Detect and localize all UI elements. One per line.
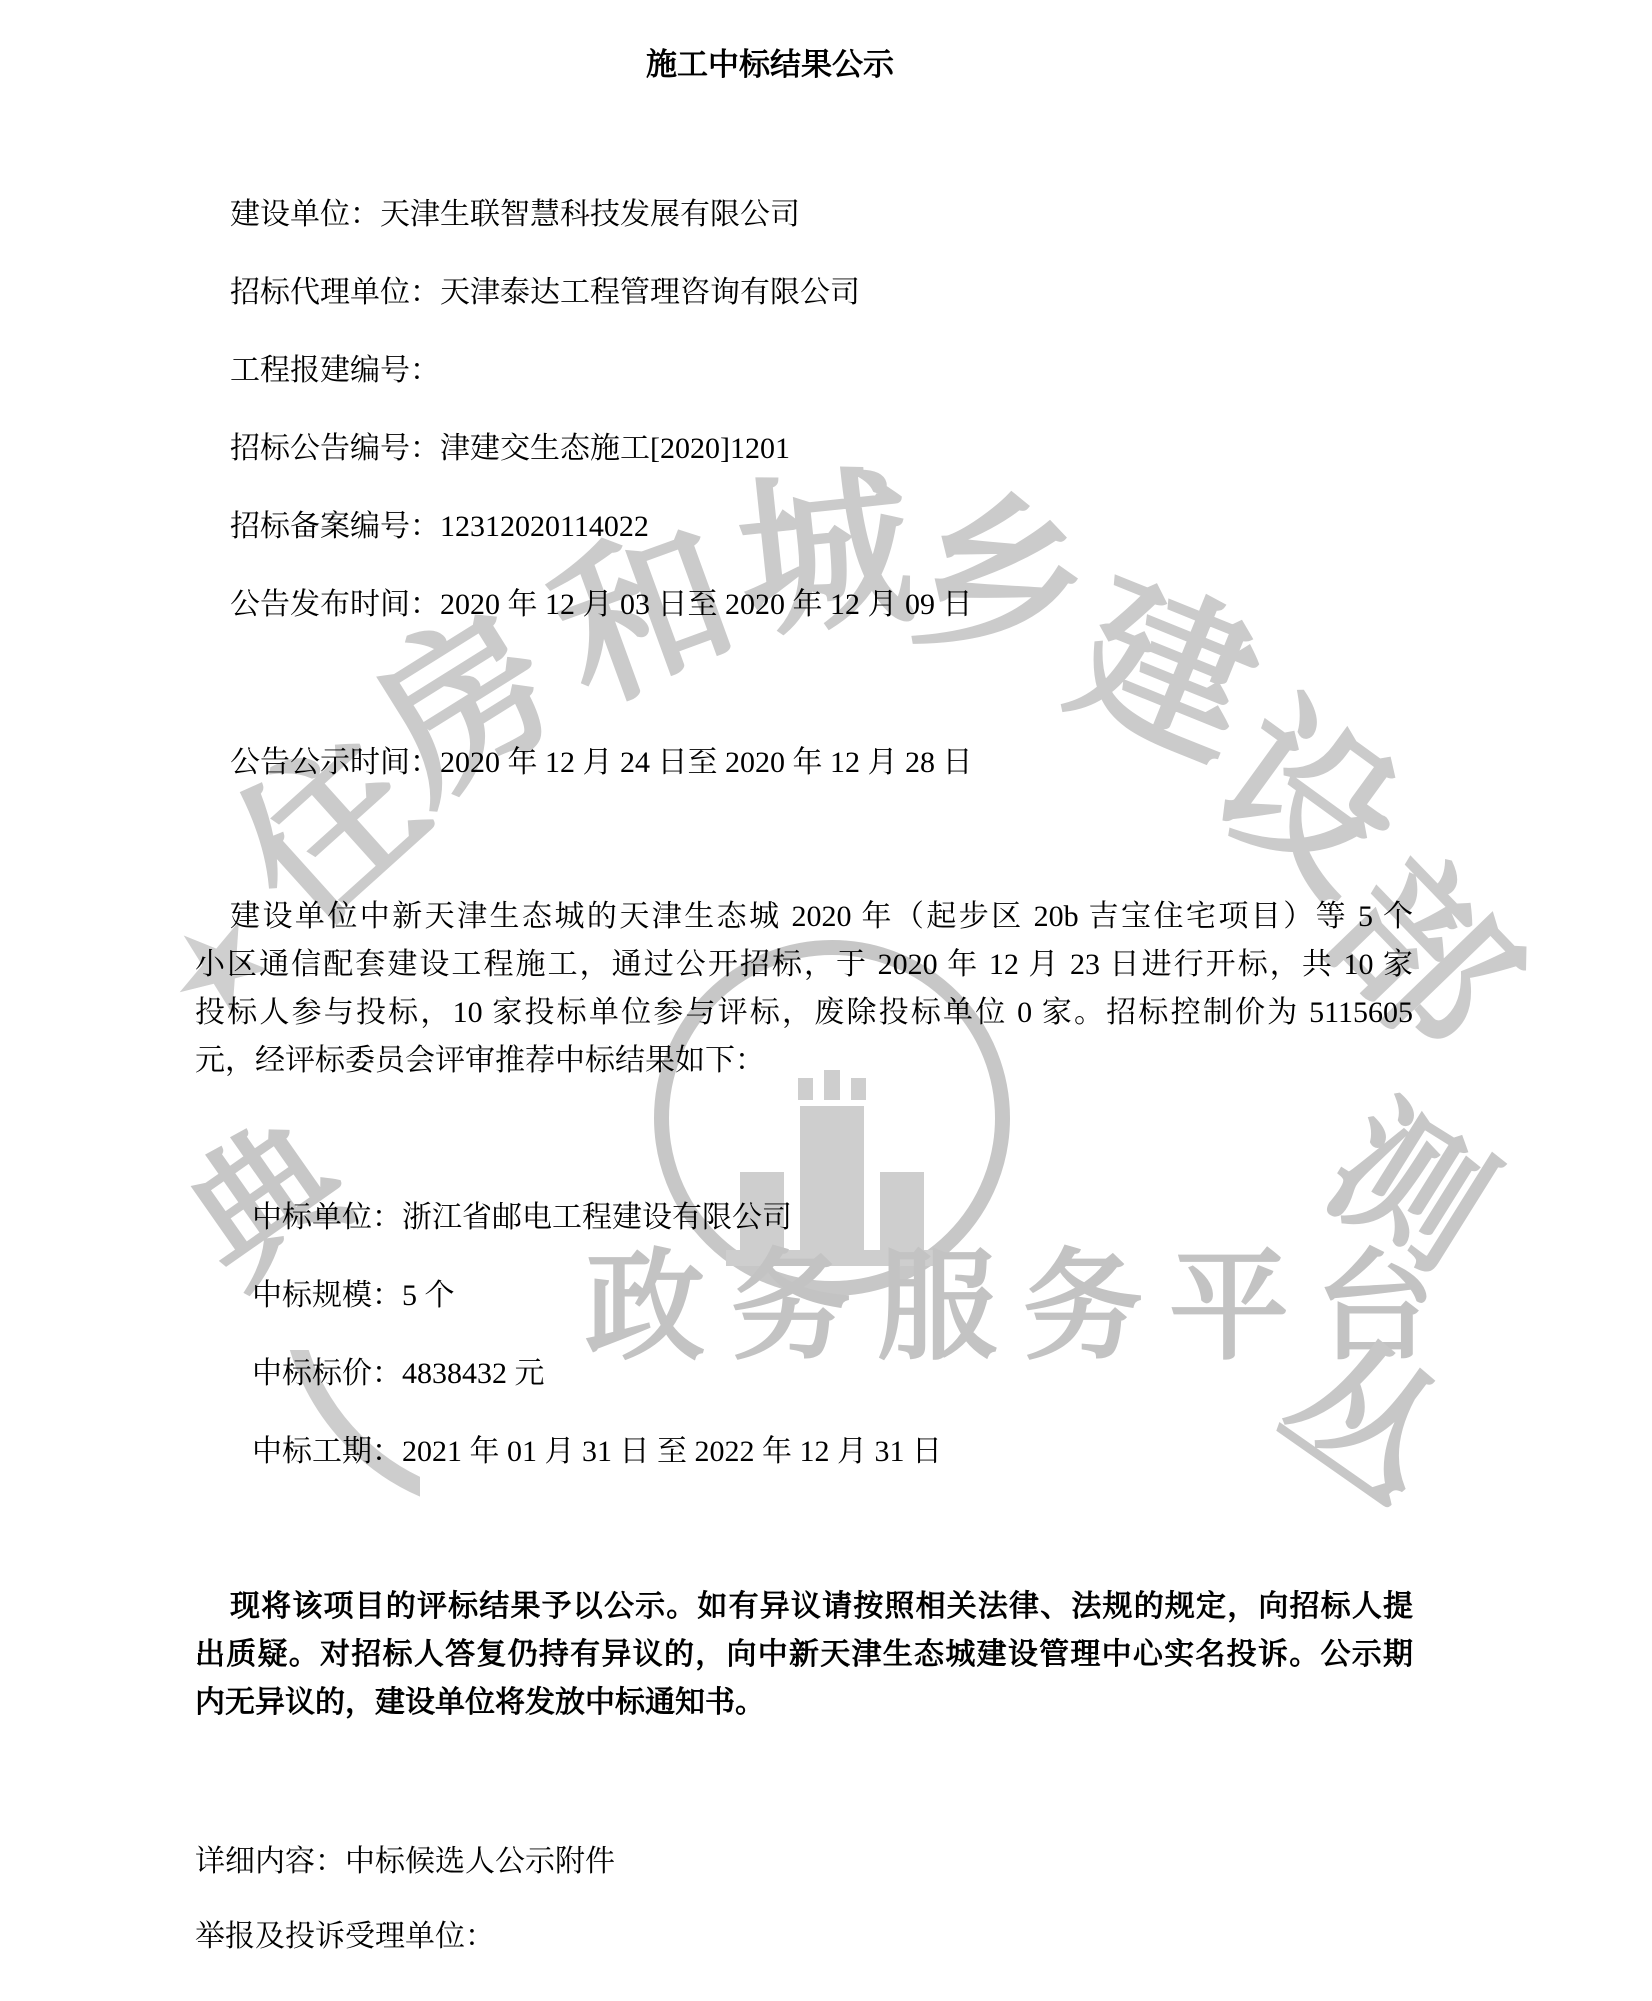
objection-notice-paragraph: 现将该项目的评标结果予以公示。如有异议请按照相关法律、法规的规定，向招标人提 出… (195, 1583, 1413, 1727)
bid-summary-line: 建设单位中新天津生态城的天津生态城 2020 年（起步区 20b 吉宝住宅项目）… (195, 893, 1413, 941)
info-line-construction-unit: 建设单位：天津生联智慧科技发展有限公司 (195, 193, 1448, 237)
award-line-period: 中标工期：2021 年 01 月 31 日 至 2022 年 12 月 31 日 (195, 1430, 1470, 1474)
award-line-price: 中标标价：4838432 元 (195, 1352, 1470, 1396)
info-line-record-no: 招标备案编号：12312020114022 (195, 505, 1448, 549)
info-line-publish-time: 公告发布时间：2020 年 12 月 03 日至 2020 年 12 月 09 … (195, 583, 1448, 627)
bid-summary-line: 投标人参与投标，10 家投标单位参与评标，废除投标单位 0 家。招标控制价为 5… (195, 989, 1413, 1037)
objection-notice-line: 内无异议的，建设单位将发放中标通知书。 (195, 1679, 1413, 1727)
award-line-scale: 中标规模：5 个 (195, 1274, 1470, 1318)
info-line-project-registration-no: 工程报建编号： (195, 349, 1448, 393)
objection-notice-line: 现将该项目的评标结果予以公示。如有异议请按照相关法律、法规的规定，向招标人提 (195, 1583, 1413, 1631)
detail-content-line: 详细内容：中标候选人公示附件 (195, 1840, 1413, 1884)
info-line-publicity-time: 公告公示时间：2020 年 12 月 24 日至 2020 年 12 月 28 … (195, 741, 1448, 785)
award-line-winner: 中标单位：浙江省邮电工程建设有限公司 (195, 1196, 1470, 1240)
document-content: 施工中标结果公示 建设单位：天津生联智慧科技发展有限公司 招标代理单位：天津泰达… (0, 0, 1652, 2001)
info-line-announcement-no: 招标公告编号：津建交生态施工[2020]1201 (195, 427, 1448, 471)
report-complaint-line: 举报及投诉受理单位： (195, 1915, 1413, 1959)
info-line-agency: 招标代理单位：天津泰达工程管理咨询有限公司 (195, 271, 1448, 315)
bid-summary-line: 小区通信配套建设工程施工，通过公开招标，于 2020 年 12 月 23 日进行… (195, 941, 1413, 989)
objection-notice-line: 出质疑。对招标人答复仍持有异议的，向中新天津生态城建设管理中心实名投诉。公示期 (195, 1631, 1413, 1679)
bid-summary-paragraph: 建设单位中新天津生态城的天津生态城 2020 年（起步区 20b 吉宝住宅项目）… (195, 893, 1413, 1085)
document-page: ★ 住 房 和 城 乡 建 设 部 政务服务平台 典 测 丛 (0, 0, 1652, 2001)
bid-summary-line: 元，经评标委员会评审推荐中标结果如下： (195, 1037, 1413, 1085)
page-title: 施工中标结果公示 (0, 43, 1540, 87)
